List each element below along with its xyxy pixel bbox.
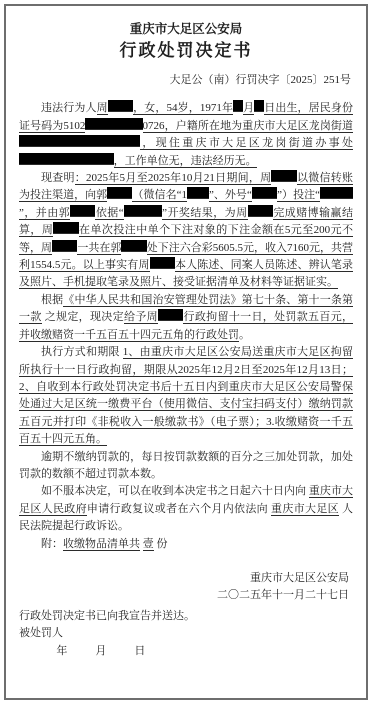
text-segment: ：2025年5月至2025年10月21日期间，周 xyxy=(75,172,272,185)
text-segment: 之规定，现决定 xyxy=(42,311,124,323)
redaction-block xyxy=(124,205,163,217)
text-segment: 申请行政复议或者在六个月内依法向 xyxy=(87,503,271,515)
text-segment: ”）投注“ xyxy=(277,189,320,202)
redaction-block xyxy=(320,187,353,199)
text-segment: （微信名“1 xyxy=(132,189,187,202)
document-title: 行政处罚决定书 xyxy=(19,41,353,61)
redaction-block xyxy=(252,187,277,199)
penalized-person-label: 被处罚人 xyxy=(19,625,353,642)
text-segment: 重庆市大足区 xyxy=(271,503,339,516)
text-segment: 违法行为人 xyxy=(41,102,97,114)
delivery-statement: 行政处罚决定书已向我宣告并送达。 xyxy=(19,608,353,625)
redaction-block xyxy=(108,100,133,112)
delivery-block: 行政处罚决定书已向我宣告并送达。 被处罚人 年 月 日 xyxy=(19,608,353,660)
redaction-block xyxy=(53,222,78,234)
text-segment: 逾期不缴纳罚款的，每日按罚款数额的百分之三加处罚款，加处罚款的数额不超过罚款本数… xyxy=(19,451,353,480)
text-segment: 1、由重庆市大足区公安局送重庆市大足区拘留所执行十一日行政拘留，期限从2025年… xyxy=(19,346,353,446)
document-number: 大足公（南）行罚决字〔2025〕251号 xyxy=(19,72,353,89)
redaction-block xyxy=(150,257,175,269)
redaction-block xyxy=(19,153,66,165)
text-segment: ，女，54岁，1971年 xyxy=(133,102,233,115)
text-segment: 一共在郭 xyxy=(77,242,121,255)
redaction-block xyxy=(248,205,273,217)
signature-org: 重庆市大足区公安局 xyxy=(19,570,349,587)
redaction-block xyxy=(187,187,209,199)
date-fill-line: 年 月 日 xyxy=(19,643,353,660)
text-segment: 给予周 xyxy=(124,311,158,324)
paragraph: 根据《中华人民共和国治安管理处罚法》第七十条、第十一条第一款 之规定，现决定给予… xyxy=(19,292,353,344)
paragraph: 执行方式和期限 1、由重庆市大足区公安局送重庆市大足区拘留所执行十一日行政拘留，… xyxy=(19,344,353,448)
redaction-block xyxy=(254,100,264,112)
text-segment: ，工作单位无，违法经历无。 xyxy=(114,155,257,168)
redaction-block xyxy=(52,240,77,252)
issuing-authority-header: 重庆市大足区公安局 xyxy=(19,22,353,37)
redaction-block xyxy=(85,118,142,130)
document-body: 违法行为人周，女，54岁，1971年月日出生，居民身份证号码为51020726，… xyxy=(19,100,353,553)
paragraph: 违法行为人周，女，54岁，1971年月日出生，居民身份证号码为51020726，… xyxy=(19,100,353,170)
text-segment: 0726，户籍所在地为重庆市大足区龙岗街道 xyxy=(143,120,353,133)
text-segment: 收缴物品清单共 xyxy=(63,538,140,551)
text-segment: 根据 xyxy=(41,294,63,306)
text-segment: 现查明 xyxy=(41,172,75,184)
text-segment: ”开奖结果，为周 xyxy=(162,207,247,220)
redaction-block xyxy=(271,170,296,182)
text-segment: 壹 xyxy=(143,538,154,551)
redaction-block xyxy=(107,187,132,199)
redaction-block xyxy=(80,135,141,147)
redaction-block xyxy=(66,153,113,165)
paragraph: 如不服本决定，可以在收到本决定书之日起六十日内向 重庆市大足区人民政府申请行政复… xyxy=(19,483,353,535)
signature-date: 二〇二五年十一月二十七日 xyxy=(19,587,349,604)
redaction-block xyxy=(19,135,80,147)
text-segment: 份 xyxy=(154,538,168,550)
text-segment: 如不服本决定，可以在收到本决定书之日起六十日内向 xyxy=(41,485,309,497)
text-segment: ”，并由郭 xyxy=(19,207,70,220)
text-segment: 依据“ xyxy=(95,207,123,220)
text-segment: 。 xyxy=(239,329,250,341)
redaction-block xyxy=(158,309,183,321)
text-segment: ，现住重庆市大足区龙岗街道办事处 xyxy=(140,137,353,150)
text-segment: 月 xyxy=(243,102,254,115)
signature-block: 重庆市大足区公安局 二〇二五年十一月二十七日 xyxy=(19,570,353,605)
paragraph: 现查明：2025年5月至2025年10月21日期间，周以微信转账为投注渠道，向郭… xyxy=(19,170,353,292)
paragraph: 附：收缴物品清单共 壹 份 xyxy=(19,536,353,553)
text-segment: 周 xyxy=(97,102,108,115)
paragraph: 逾期不缴纳罚款的，每日按罚款数额的百分之三加处罚款，加处罚款的数额不超过罚款本数… xyxy=(19,449,353,484)
redaction-block xyxy=(121,240,146,252)
redaction-block xyxy=(233,100,243,112)
text-segment: ”、外号“ xyxy=(209,189,252,202)
text-segment: 附： xyxy=(41,538,63,550)
redaction-block xyxy=(70,205,95,217)
text-segment: 执行方式和期限 xyxy=(41,346,123,358)
document-page: 重庆市大足区公安局 行政处罚决定书 大足公（南）行罚决字〔2025〕251号 违… xyxy=(4,4,368,700)
